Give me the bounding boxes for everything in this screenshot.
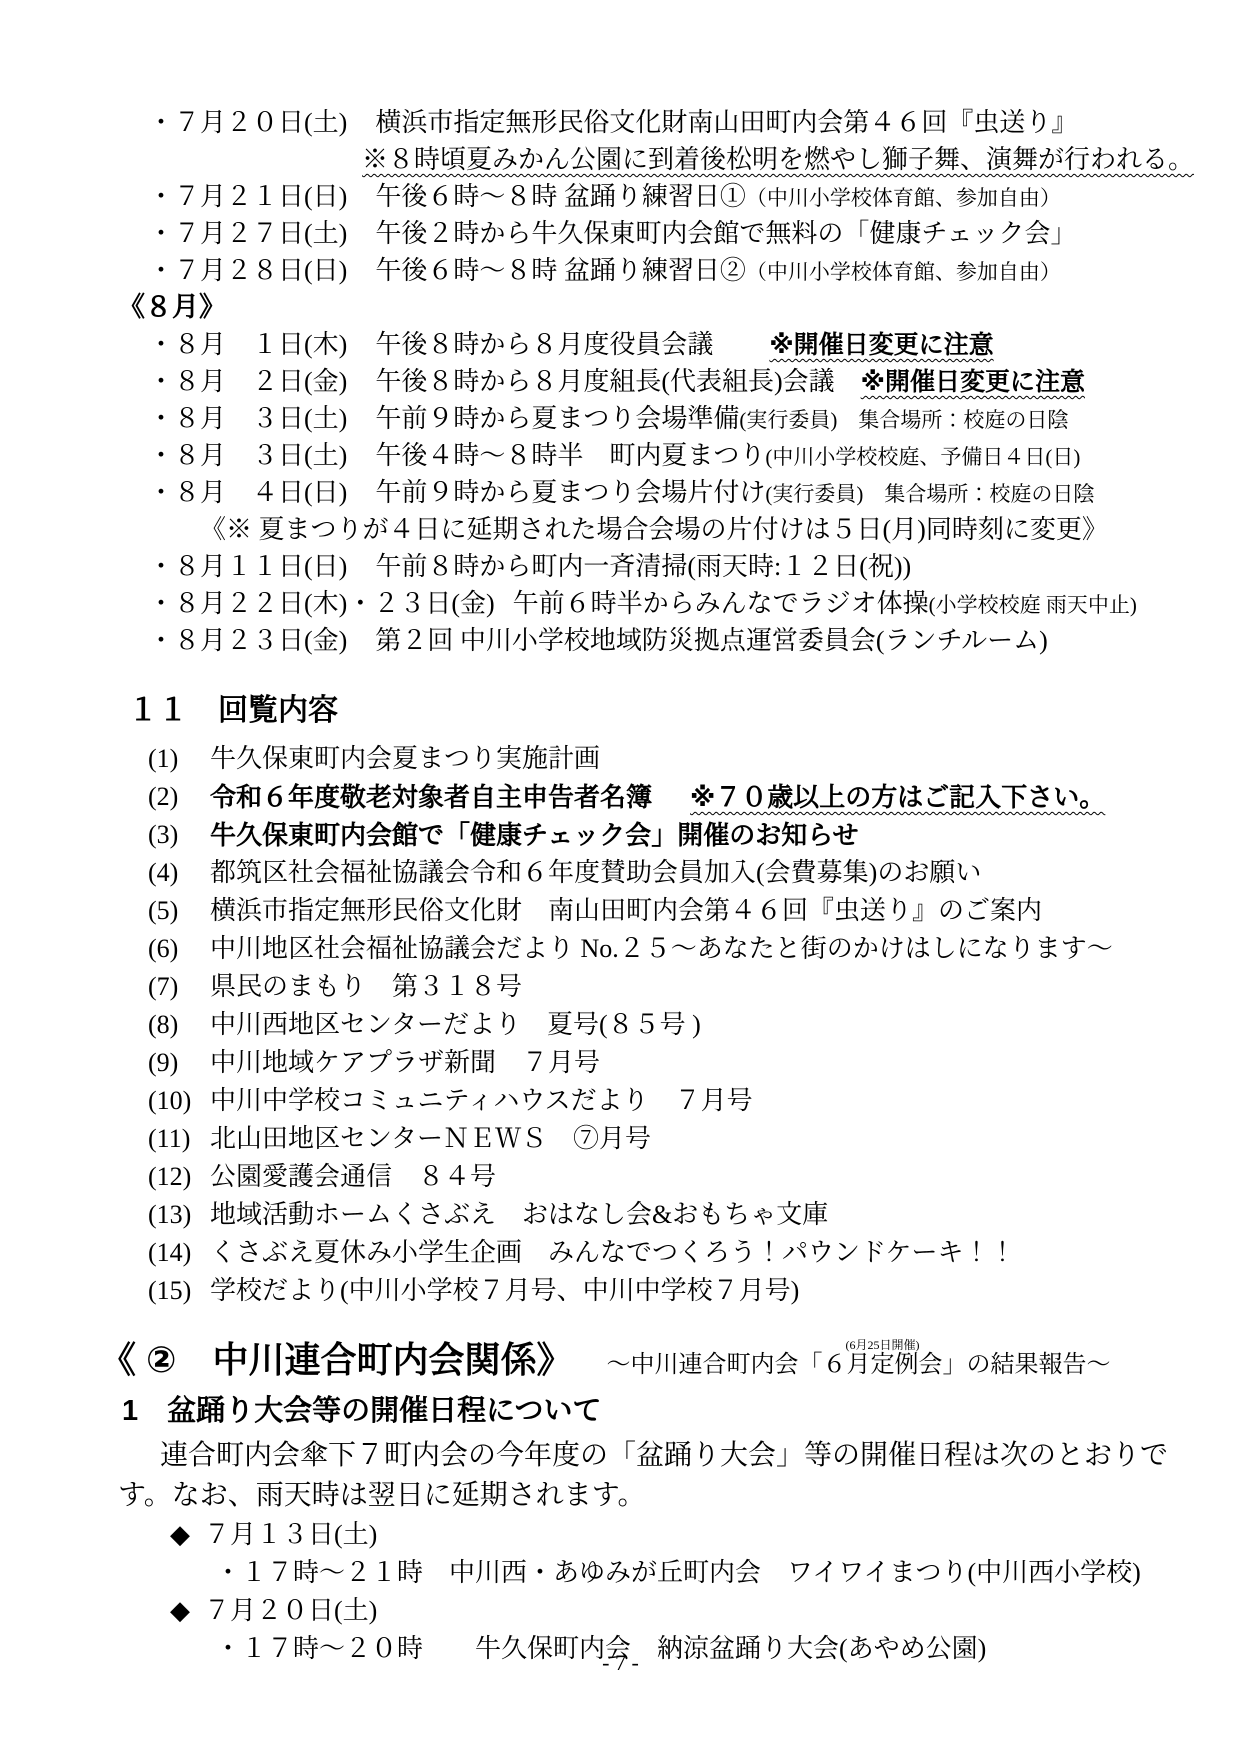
circulation-item: (14)くさぶえ夏休み小学生企画 みんなでつくろう！パウンドケーキ！！: [0, 1234, 1241, 1272]
circulation-item: (7)県民のまもり 第３１８号: [0, 968, 1241, 1006]
event-text: 午前９時から夏まつり会場準備: [375, 404, 739, 433]
item-text: 牛久保東町内会夏まつり実施計画: [210, 740, 600, 778]
circulation-item: (12)公園愛護会通信 ８４号: [0, 1158, 1241, 1196]
item-text: 都筑区社会福祉協議会令和６年度賛助会員加入(会費募集)のお願い: [210, 854, 981, 892]
event-text: 第２回 中川小学校地域防災拠点運営委員会(ランチルーム): [375, 626, 1048, 655]
event-text: 午後８時から８月度組長(代表組長)会議: [375, 367, 834, 396]
circulation-item: (15)学校だより(中川小学校７月号、中川中学校７月号): [0, 1272, 1241, 1310]
item-number: (9): [148, 1044, 210, 1082]
event-date: ・８月 ３日(土): [148, 441, 347, 470]
event-text: 午後２時から牛久保東町内会館で無料の「健康チェック会」: [375, 219, 1076, 248]
item-number: (5): [148, 892, 210, 930]
circulation-item: (2)令和６年度敬老対象者自主申告者名簿※７０歳以上の方はご記入下さい。: [0, 778, 1241, 816]
event-detail-small: (小学校校庭 雨天中止): [929, 593, 1137, 617]
event-detail-small: （中川小学校体育館、参加自由）: [746, 260, 1061, 284]
federation-heading-row: 《 ② 中川連合町内会関係》 ～中川連合町内会「６月定例会(6月25日開催)」の…: [0, 1332, 1241, 1390]
event-date: ・８月２３日(金): [148, 626, 347, 655]
event-text: 午後４時～８時半 町内夏まつり: [375, 441, 765, 470]
schedule-date: ７月１３日(土): [204, 1520, 377, 1549]
circulation-item: (5)横浜市指定無形民俗文化財 南山田町内会第４６回『虫送り』のご案内: [0, 892, 1241, 930]
circulation-item: (4)都筑区社会福祉協議会令和６年度賛助会員加入(会費募集)のお願い: [0, 854, 1241, 892]
event-line: ・８月 １日(木)午後８時から８月度役員会議※開催日変更に注意: [0, 326, 1241, 363]
item-number: (3): [148, 816, 210, 854]
circulation-item: (1)牛久保東町内会夏まつり実施計画: [0, 740, 1241, 778]
event-line: ・８月２２日(木)・２３日(金)午前６時半からみんなでラジオ体操(小学校校庭 雨…: [0, 585, 1241, 622]
circulation-item: (3)牛久保東町内会館で「健康チェック会」開催のお知らせ: [0, 816, 1241, 854]
schedule-date: ７月２０日(土): [204, 1596, 377, 1625]
item-text: 学校だより(中川小学校７月号、中川中学校７月号): [210, 1272, 799, 1310]
item-text: 県民のまもり 第３１８号: [210, 968, 522, 1006]
item-text: 中川西地区センターだより 夏号(８５号 ): [210, 1006, 701, 1044]
event-note-line: ※８時頃夏みかん公園に到着後松明を燃やし獅子舞、演舞が行われる。: [0, 141, 1241, 178]
event-detail-small: (実行委員) 集合場所：校庭の日陰: [739, 408, 1068, 432]
item-number: (13): [148, 1196, 210, 1234]
item-note: ※７０歳以上の方はご記入下さい。: [690, 778, 1105, 816]
event-text: 午後６時～８時 盆踊り練習日②: [375, 256, 746, 285]
event-date: ・８月 ３日(土): [148, 404, 347, 433]
event-warning: ※開催日変更に注意: [769, 331, 993, 359]
federation-subtitle: ～中川連合町内会「６月定例会(6月25日開催)」の結果報告～: [606, 1338, 1110, 1379]
circulation-item: (10)中川中学校コミュニティハウスだより ７月号: [0, 1082, 1241, 1120]
schedule-date-line: ◆７月２０日(土): [0, 1592, 1241, 1630]
topic-heading: 1 盆踊り大会等の開催日程について: [0, 1390, 1241, 1436]
schedule-detail-line: ・１７時～２１時 中川西・あゆみが丘町内会 ワイワイまつり(中川西小学校): [0, 1554, 1241, 1592]
circulation-item: (11)北山田地区センターＮＥＷＳ ⑦月号: [0, 1120, 1241, 1158]
month-header-text: 《８月》: [118, 292, 226, 322]
event-date: ・８月 １日(木): [148, 330, 347, 359]
federation-heading: 《 ② 中川連合町内会関係》: [100, 1332, 572, 1383]
circulation-item: (6)中川地区社会福祉協議会だより No.２５～あなたと街のかけはしになります～: [0, 930, 1241, 968]
event-line: ・７月２０日(土)横浜市指定無形民俗文化財南山田町内会第４６回『虫送り』: [0, 104, 1241, 141]
event-date: ・７月２８日(日): [148, 256, 347, 285]
event-line: ・８月 ３日(土)午前９時から夏まつり会場準備(実行委員) 集合場所：校庭の日陰: [0, 400, 1241, 437]
circulation-item: (9)中川地域ケアプラザ新聞 ７月号: [0, 1044, 1241, 1082]
item-text: 地域活動ホームくさぶえ おはなし会&おもちゃ文庫: [210, 1196, 828, 1234]
circulation-heading: １１ 回覧内容: [0, 688, 1241, 740]
item-number: (7): [148, 968, 210, 1006]
diamond-bullet-icon: ◆: [170, 1596, 190, 1625]
event-line: ・７月２１日(日)午後６時～８時 盆踊り練習日①（中川小学校体育館、参加自由）: [0, 178, 1241, 215]
page-number: - 7 -: [0, 1650, 1241, 1676]
item-number: (14): [148, 1234, 210, 1272]
item-text: 中川地域ケアプラザ新聞 ７月号: [210, 1044, 600, 1082]
item-number: (10): [148, 1082, 210, 1120]
event-line: ・８月２３日(金)第２回 中川小学校地域防災拠点運営委員会(ランチルーム): [0, 622, 1241, 659]
event-calendar: ・７月２０日(土)横浜市指定無形民俗文化財南山田町内会第４６回『虫送り』 ※８時…: [0, 104, 1241, 659]
event-text: 横浜市指定無形民俗文化財南山田町内会第４６回『虫送り』: [375, 108, 1077, 137]
schedule-date-line: ◆７月１３日(土): [0, 1516, 1241, 1554]
item-number: (1): [148, 740, 210, 778]
item-text: 令和６年度敬老対象者自主申告者名簿: [210, 778, 652, 816]
item-text: 公園愛護会通信 ８４号: [210, 1158, 496, 1196]
item-text: 中川中学校コミュニティハウスだより ７月号: [210, 1082, 753, 1120]
event-text: 午前９時から夏まつり会場片付け: [375, 478, 765, 507]
federation-section: 《 ② 中川連合町内会関係》 ～中川連合町内会「６月定例会(6月25日開催)」の…: [0, 1332, 1241, 1668]
subtitle-ruby-text: (6月25日開催): [822, 1338, 942, 1352]
paragraph-line: す。なお、雨天時は翌日に延期されます。: [0, 1476, 1241, 1516]
subtitle-ruby: ６月定例会(6月25日開催): [822, 1352, 942, 1378]
event-line: ・８月 ４日(日)午前９時から夏まつり会場片付け(実行委員) 集合場所：校庭の日…: [0, 474, 1241, 511]
event-date: ・７月２１日(日): [148, 182, 347, 211]
item-number: (8): [148, 1006, 210, 1044]
event-detail-small: （中川小学校体育館、参加自由）: [746, 186, 1061, 210]
event-date: ・８月 ４日(日): [148, 478, 347, 507]
event-text: 午前６時半からみんなでラジオ体操: [513, 589, 929, 618]
subtitle-prefix: ～中川連合町内会「: [606, 1352, 822, 1378]
event-note-line: 《※ 夏まつりが４日に延期された場合会場の片付けは５日(月)同時刻に変更》: [0, 511, 1241, 548]
event-warning: ※開催日変更に注意: [861, 368, 1085, 396]
subtitle-suffix: 」の結果報告～: [942, 1352, 1110, 1378]
event-detail-small: (実行委員) 集合場所：校庭の日陰: [765, 482, 1094, 506]
item-number: (2): [148, 778, 210, 816]
event-text: 午前８時から町内一斉清掃(雨天時:１２日(祝)): [375, 552, 911, 581]
event-date: ・８月 ２日(金): [148, 367, 347, 396]
item-number: (12): [148, 1158, 210, 1196]
diamond-bullet-icon: ◆: [170, 1520, 190, 1549]
item-number: (15): [148, 1272, 210, 1310]
item-text: 中川地区社会福祉協議会だより No.２５～あなたと街のかけはしになります～: [210, 930, 1113, 968]
item-text: くさぶえ夏休み小学生企画 みんなでつくろう！パウンドケーキ！！: [210, 1234, 1015, 1272]
item-text: 北山田地区センターＮＥＷＳ ⑦月号: [210, 1120, 651, 1158]
item-number: (11): [148, 1120, 210, 1158]
event-line: ・７月２７日(土)午後２時から牛久保東町内会館で無料の「健康チェック会」: [0, 215, 1241, 252]
event-note: ※８時頃夏みかん公園に到着後松明を燃やし獅子舞、演舞が行われる。: [362, 145, 1194, 174]
event-date: ・８月２２日(木)・２３日(金): [148, 589, 495, 618]
newsletter-page: ・７月２０日(土)横浜市指定無形民俗文化財南山田町内会第４６回『虫送り』 ※８時…: [0, 0, 1241, 1755]
item-text: 牛久保東町内会館で「健康チェック会」開催のお知らせ: [210, 816, 858, 854]
event-line: ・８月 ２日(金)午後８時から８月度組長(代表組長)会議※開催日変更に注意: [0, 363, 1241, 400]
item-number: (6): [148, 930, 210, 968]
paragraph-line: 連合町内会傘下７町内会の今年度の「盆踊り大会」等の開催日程は次のとおりで: [0, 1436, 1241, 1476]
event-date: ・７月２０日(土): [148, 108, 347, 137]
event-line: ・７月２８日(日)午後６時～８時 盆踊り練習日②（中川小学校体育館、参加自由）: [0, 252, 1241, 289]
month-header-august: 《８月》: [0, 289, 1241, 326]
event-text: 午後６時～８時 盆踊り練習日①: [375, 182, 746, 211]
event-date: ・８月１１日(日): [148, 552, 347, 581]
circulation-section: １１ 回覧内容 (1)牛久保東町内会夏まつり実施計画 (2)令和６年度敬老対象者…: [0, 688, 1241, 1310]
item-text: 横浜市指定無形民俗文化財 南山田町内会第４６回『虫送り』のご案内: [210, 892, 1042, 930]
circulation-item: (8)中川西地区センターだより 夏号(８５号 ): [0, 1006, 1241, 1044]
circulation-item: (13)地域活動ホームくさぶえ おはなし会&おもちゃ文庫: [0, 1196, 1241, 1234]
event-date: ・７月２７日(土): [148, 219, 347, 248]
event-detail-small: (中川小学校校庭、予備日４日(日): [765, 445, 1080, 469]
event-text: 午後８時から８月度役員会議: [375, 330, 713, 359]
event-line: ・８月 ３日(土)午後４時～８時半 町内夏まつり(中川小学校校庭、予備日４日(日…: [0, 437, 1241, 474]
event-note: 《※ 夏まつりが４日に延期された場合会場の片付けは５日(月)同時刻に変更》: [200, 515, 1108, 544]
subtitle-ruby-base: ６月定例会: [822, 1352, 942, 1378]
event-line: ・８月１１日(日)午前８時から町内一斉清掃(雨天時:１２日(祝)): [0, 548, 1241, 585]
item-number: (4): [148, 854, 210, 892]
